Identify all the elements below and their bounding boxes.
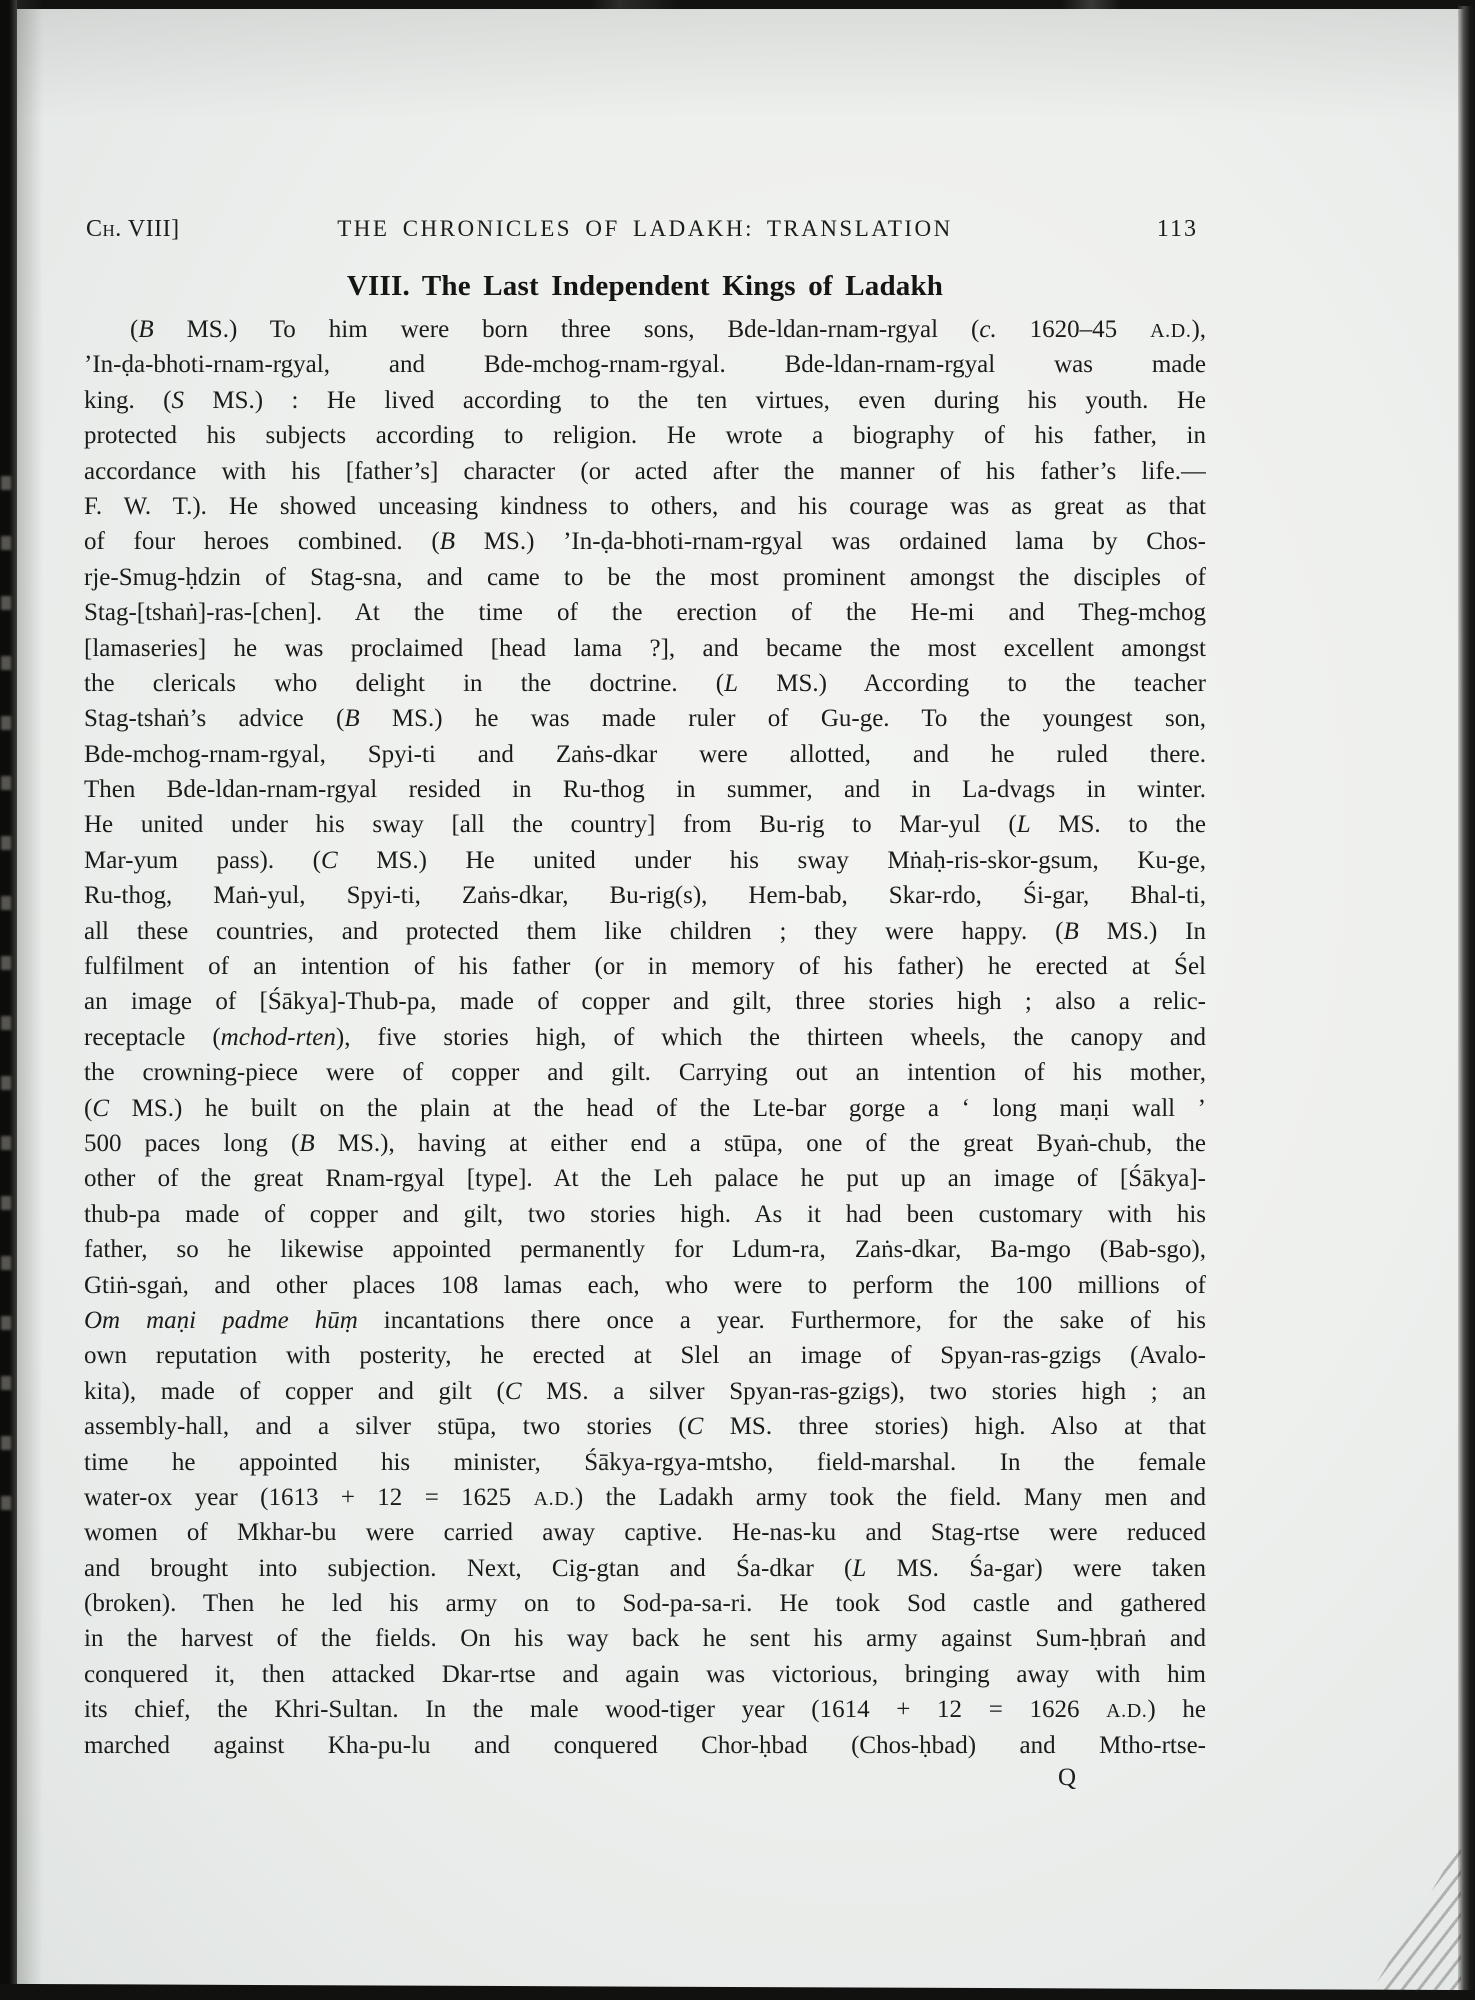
text-line: the crowning-piece were of copper and gi… [84,1055,1206,1090]
text-line: of four heroes combined. (B MS.) ’In-ḍa-… [84,524,1206,559]
text-line: Then Bde-ldan-rnam-rgyal resided in Ru-t… [84,772,1206,807]
scan-edge-right [1458,6,1475,2000]
text-line: ’In-ḍa-bhoti-rnam-rgyal, and Bde-mchog-r… [84,347,1206,382]
text-line: father, so he likewise appointed permane… [84,1232,1206,1267]
text-line: (broken). Then he led his army on to Sod… [84,1586,1206,1621]
text-line: Om maṇi padme hūṃ incantations there onc… [84,1303,1206,1338]
signature-mark: Q [1058,1764,1076,1792]
text-line: other of the great Rnam-rgyal [type]. At… [84,1161,1206,1196]
scanned-book-page: Ch. VIII] THE CHRONICLES OF LADAKH: TRAN… [0,0,1475,2000]
text-line: rje-Smug-ḥdzin of Stag-sna, and came to … [84,560,1206,595]
text-line: fulfilment of an intention of his father… [84,949,1206,984]
adjacent-page-smudges [1,430,11,1540]
text-line: (C MS.) he built on the plain at the hea… [84,1091,1206,1126]
page-number: 113 [1157,216,1198,243]
text-line: Mar-yum pass). (C MS.) He united under h… [84,843,1206,878]
text-line: and brought into subjection. Next, Cig-g… [84,1551,1206,1586]
body-text: (B MS.) To him were born three sons, Bde… [84,312,1206,1763]
text-line: own reputation with posterity, he erecte… [84,1338,1206,1373]
text-line: receptacle (mchod-rten), five stories hi… [84,1020,1206,1055]
text-line: [lamaseries] he was proclaimed [head lam… [84,631,1206,666]
running-title: THE CHRONICLES OF LADAKH: TRANSLATION [84,216,1206,242]
text-line: conquered it, then attacked Dkar-rtse an… [84,1657,1206,1692]
text-line: assembly-hall, and a silver stūpa, two s… [84,1409,1206,1444]
text-line: Stag-tshaṅ’s advice (B MS.) he was made … [84,701,1206,736]
scan-edge-top [0,0,1475,9]
section-heading: VIII. The Last Independent Kings of Lada… [84,270,1206,303]
text-line: 500 paces long (B MS.), having at either… [84,1126,1206,1161]
text-line: women of Mkhar-bu were carried away capt… [84,1515,1206,1550]
text-line: Ru-thog, Maṅ-yul, Spyi-ti, Zaṅs-dkar, Bu… [84,878,1206,913]
text-line: protected his subjects according to reli… [84,418,1206,453]
text-line: kita), made of copper and gilt (C MS. a … [84,1374,1206,1409]
text-line: marched against Kha-pu-lu and conquered … [84,1728,1206,1763]
text-line: Gtiṅ-sgaṅ, and other places 108 lamas ea… [84,1268,1206,1303]
text-line: the clericals who delight in the doctrin… [84,666,1206,701]
text-line: time he appointed his minister, Śākya-rg… [84,1445,1206,1480]
text-line: Stag-[tshaṅ]-ras-[chen]. At the time of … [84,595,1206,630]
text-line: in the harvest of the fields. On his way… [84,1621,1206,1656]
binding-shadow [17,0,43,2000]
text-line: He united under his sway [all the countr… [84,807,1206,842]
text-line: accordance with his [father’s] character… [84,454,1206,489]
running-head: Ch. VIII] THE CHRONICLES OF LADAKH: TRAN… [84,216,1206,250]
text-line: its chief, the Khri-Sultan. In the male … [84,1692,1206,1727]
text-line: all these countries, and protected them … [84,914,1206,949]
text-line: thub-pa made of copper and gilt, two sto… [84,1197,1206,1232]
text-line: F. W. T.). He showed unceasing kindness … [84,489,1206,524]
text-line: water-ox year (1613 + 12 = 1625 A.D.) th… [84,1480,1206,1515]
text-line: (B MS.) To him were born three sons, Bde… [84,312,1206,347]
text-line: an image of [Śākya]-Thub-pa, made of cop… [84,984,1206,1019]
text-line: king. (S MS.) : He lived according to th… [84,383,1206,418]
text-line: Bde-mchog-rnam-rgyal, Spyi-ti and Zaṅs-d… [84,737,1206,772]
